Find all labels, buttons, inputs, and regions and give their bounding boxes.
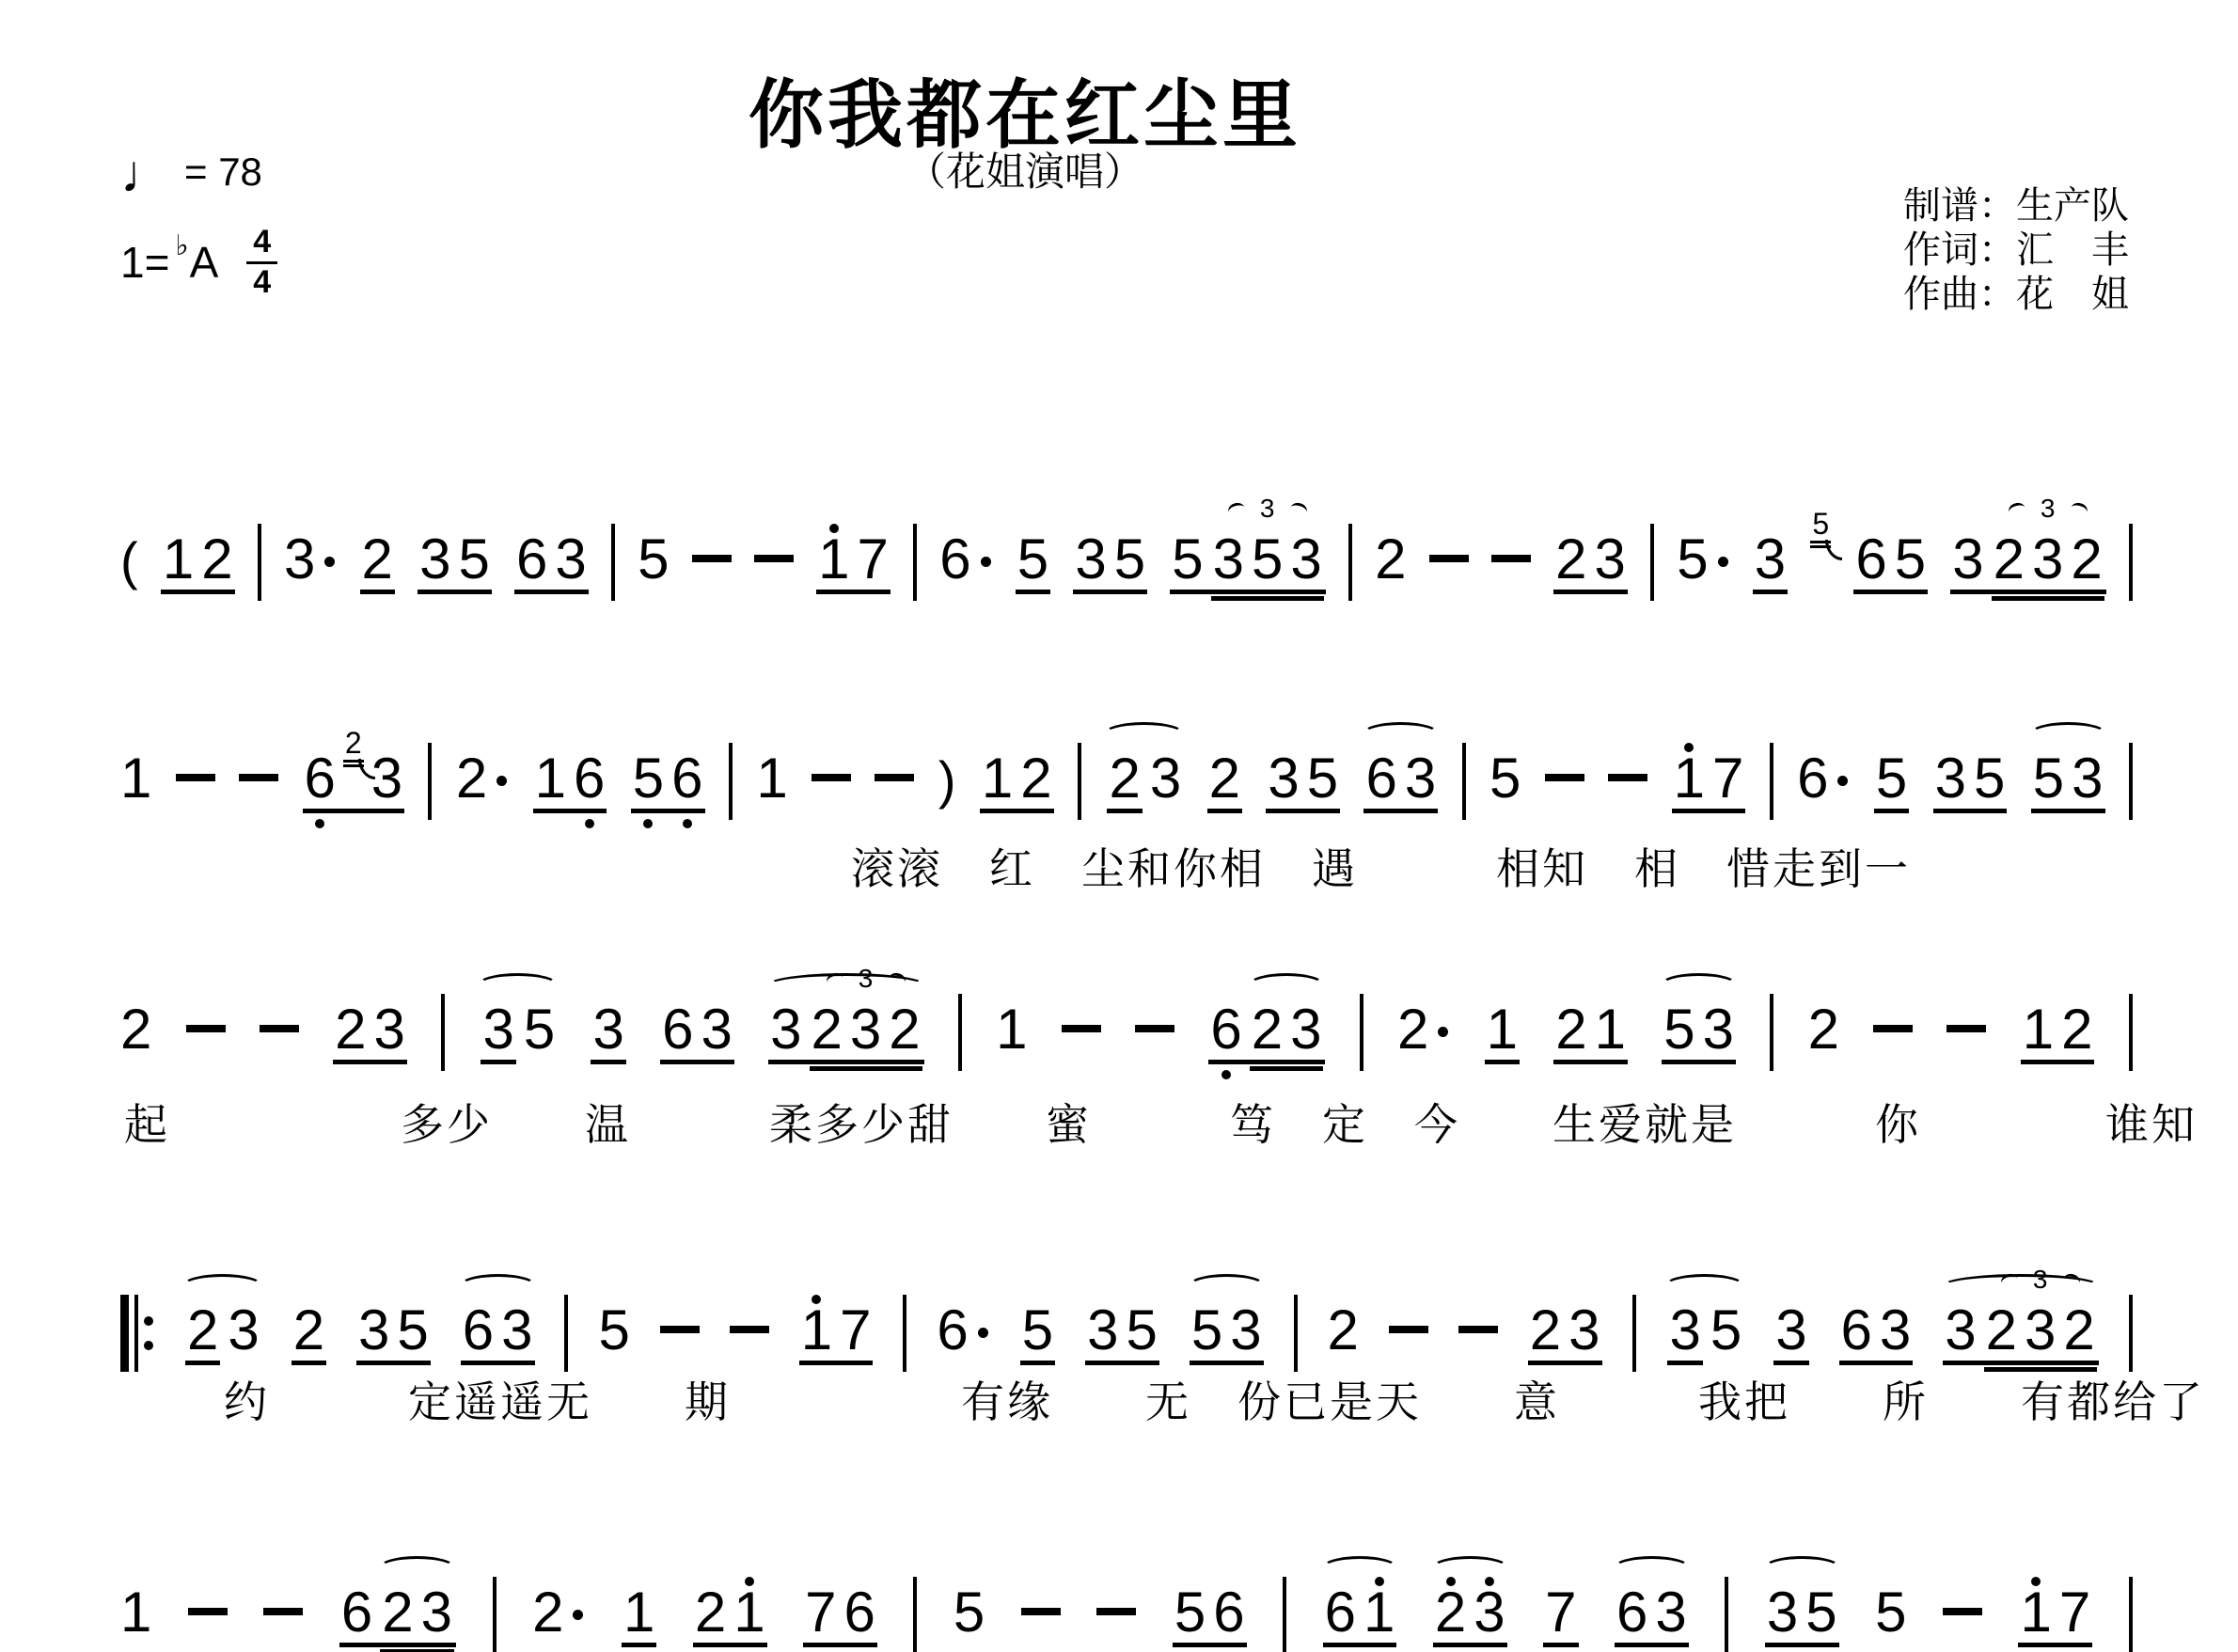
tempo-marking: ♩ = 78 bbox=[120, 141, 262, 202]
sustain-dash bbox=[754, 555, 794, 562]
augmentation-dot bbox=[496, 776, 507, 786]
slur-arc bbox=[1188, 1274, 1266, 1298]
slur-arc bbox=[1103, 722, 1185, 747]
note: 3 bbox=[1230, 1302, 1261, 1359]
note: 1 bbox=[623, 1584, 654, 1641]
beam-group: 5 bbox=[1020, 1302, 1055, 1359]
note: 5 bbox=[1974, 750, 2005, 807]
barline bbox=[1462, 743, 1466, 820]
note: 1 bbox=[1487, 1001, 1518, 1058]
note: 3 bbox=[1775, 1302, 1806, 1359]
credit-composer: 作曲：花 姐 bbox=[1903, 273, 2129, 317]
dotted-note: 2 bbox=[456, 750, 509, 807]
note: 3 bbox=[1075, 531, 1106, 588]
beam-group: 32323 bbox=[1943, 1302, 2099, 1359]
note: 6 bbox=[1325, 1584, 1356, 1641]
note: 3 bbox=[1703, 1001, 1734, 1058]
note: 5 bbox=[598, 1302, 629, 1359]
lyrics-line-2: 起 多少 温 柔多少甜 蜜 笃 定 今 生爱就是 你 谁知 bbox=[124, 1091, 2198, 1153]
dotted-note: 3 bbox=[284, 531, 337, 588]
beam-group: 7 bbox=[1543, 1584, 1578, 1641]
beam-group: 623 bbox=[303, 728, 405, 807]
beam-group: 35 bbox=[1085, 1302, 1159, 1359]
note: 3 bbox=[371, 750, 402, 807]
dotted-note: 6 bbox=[1797, 750, 1850, 807]
beam-group: 53 bbox=[1662, 1001, 1736, 1058]
note: 5 bbox=[1191, 1302, 1222, 1359]
note: 1 bbox=[1363, 1584, 1395, 1641]
note: 2 bbox=[812, 1001, 843, 1058]
note: 2 bbox=[1375, 531, 1406, 588]
note: 2 bbox=[1994, 531, 2025, 588]
sustain-dash bbox=[1062, 1025, 1101, 1032]
beam-group: 35 bbox=[1933, 750, 2008, 807]
sustain-dash bbox=[1429, 555, 1469, 562]
note: 3 bbox=[374, 1001, 405, 1058]
note: 2 bbox=[1252, 1001, 1283, 1058]
notation-line-3: 22335363323231623212153212 bbox=[120, 968, 2133, 1058]
sustain-dash bbox=[176, 774, 215, 781]
note: 2 bbox=[2071, 531, 2102, 588]
note: 5 bbox=[954, 1584, 985, 1641]
barline bbox=[1283, 1577, 1286, 1652]
sustain-dash bbox=[1873, 1025, 1913, 1032]
barline bbox=[1725, 1577, 1728, 1652]
note: 3 bbox=[555, 531, 586, 588]
note: 1 bbox=[1674, 750, 1705, 807]
slur-arc bbox=[1660, 973, 1738, 998]
beam-group: 2 bbox=[1107, 750, 1142, 807]
grace-note: 5 bbox=[1810, 509, 1831, 539]
note: 3 bbox=[421, 1584, 452, 1641]
beam-group: 2323 bbox=[1984, 1302, 2097, 1359]
note: 3 bbox=[228, 1302, 259, 1359]
quarter-note-icon: ♩ bbox=[120, 143, 173, 204]
triplet-mark: 3 bbox=[1211, 496, 1324, 522]
note: 3 bbox=[850, 1001, 881, 1058]
beam-group: 53533 bbox=[1170, 531, 1326, 588]
note: 2 bbox=[201, 531, 232, 588]
note: 5 bbox=[524, 1001, 555, 1058]
slur-arc bbox=[1321, 1556, 1399, 1581]
dotted-note: 5 bbox=[1677, 531, 1729, 588]
beam-group: 63 bbox=[1615, 1584, 1689, 1641]
note: 5 bbox=[1022, 1302, 1053, 1359]
note: 1 bbox=[535, 750, 566, 807]
beam-group: 623 bbox=[1208, 1001, 1325, 1058]
sustain-dash bbox=[186, 1025, 226, 1032]
note: 3 bbox=[1935, 750, 1966, 807]
barline bbox=[729, 743, 733, 820]
note: 6 bbox=[463, 1302, 494, 1359]
note: 1 bbox=[120, 1584, 151, 1641]
note: 5 bbox=[1895, 531, 1926, 588]
barline bbox=[913, 1577, 917, 1652]
beam-group: 23 bbox=[183, 1302, 261, 1359]
beam-group: 16 bbox=[533, 750, 607, 807]
slur-arc bbox=[1663, 1274, 1745, 1298]
beam-group: 56 bbox=[1173, 1584, 1247, 1641]
time-signature: 4 4 bbox=[246, 226, 277, 299]
note: 1 bbox=[2023, 1001, 2054, 1058]
beam-group: 35 bbox=[479, 1001, 557, 1058]
note: 7 bbox=[2059, 1584, 2090, 1641]
note: 3 bbox=[2072, 750, 2103, 807]
barline bbox=[2129, 994, 2133, 1071]
sustain-dash bbox=[1943, 1608, 1982, 1615]
barline bbox=[2129, 524, 2133, 601]
beam-group: 1 bbox=[622, 1584, 656, 1641]
note: 5 bbox=[1252, 531, 1283, 588]
beam-group: 3 bbox=[1773, 1302, 1808, 1359]
sustain-dash bbox=[1135, 1025, 1174, 1032]
note: 2 bbox=[1555, 531, 1586, 588]
time-signature-numerator: 4 bbox=[246, 226, 277, 264]
beam-group: 5 bbox=[1874, 750, 1909, 807]
beam-group: 63 bbox=[1839, 1302, 1914, 1359]
note: 3 bbox=[1474, 1584, 1505, 1641]
lyrics-line-1: 滚滚 红 尘和你相 遇 相知 相 惜走到一 bbox=[851, 835, 1911, 897]
slur-arc bbox=[1763, 1556, 1841, 1581]
barline bbox=[1348, 524, 1352, 601]
lyrics-line-3: 约 定遥遥无 期 有缘 无 份已是天 意 我把 所 有都给了 bbox=[224, 1368, 2205, 1430]
note: 3 bbox=[1755, 531, 1786, 588]
note: 6 bbox=[844, 1584, 875, 1641]
note: 2 bbox=[187, 1302, 218, 1359]
note: 3 bbox=[1945, 1302, 1976, 1359]
note: 1 bbox=[120, 750, 151, 807]
beam-group: 623 bbox=[339, 1584, 456, 1641]
note: 5 bbox=[1489, 750, 1521, 807]
beam-group: 2 bbox=[360, 531, 395, 588]
beam-group: 2 bbox=[185, 1302, 220, 1359]
augmentation-dot bbox=[573, 1610, 583, 1620]
note: 3 bbox=[1087, 1302, 1118, 1359]
note: 3 bbox=[1290, 531, 1321, 588]
page-subtitle: （花姐演唱） bbox=[0, 141, 2050, 197]
note: 6 bbox=[1210, 1001, 1241, 1058]
beam-group: 21 bbox=[1553, 1001, 1628, 1058]
beam-group: 21 bbox=[693, 1584, 767, 1641]
beam-group: 32323 bbox=[1950, 531, 2106, 588]
slur-arc bbox=[1613, 1556, 1691, 1581]
note: 6 bbox=[574, 750, 605, 807]
barline bbox=[493, 1577, 496, 1652]
beam-group: 17 bbox=[1672, 750, 1746, 807]
beam-group: 23 bbox=[1528, 1302, 1602, 1359]
note: 2 bbox=[889, 1001, 920, 1058]
note: 5 bbox=[1126, 1302, 1157, 1359]
note: 2 bbox=[1808, 1001, 1839, 1058]
note: 2 bbox=[382, 1584, 413, 1641]
note: 2 bbox=[1986, 1302, 2017, 1359]
slur-arc bbox=[378, 1556, 456, 1581]
note: 2 bbox=[1397, 1001, 1428, 1058]
note: 6 bbox=[1855, 531, 1886, 588]
tempo-value: = 78 bbox=[184, 149, 262, 195]
note: 3 bbox=[2032, 531, 2063, 588]
notation-line-5: 1623212176556612376335517 bbox=[120, 1550, 2133, 1641]
note: 3 bbox=[482, 1001, 513, 1058]
key-tonic: A bbox=[190, 237, 219, 288]
note: 2 bbox=[362, 531, 393, 588]
notation-line-2: 1623216561)122323563517653553 bbox=[120, 716, 2133, 807]
sheet-music-page: 你我都在红尘里 （花姐演唱） ♩ = 78 制谱：生产队 作词：汇 丰 作曲：花… bbox=[0, 0, 2238, 1652]
sustain-dash bbox=[1608, 774, 1647, 781]
sustain-dash bbox=[1096, 1608, 1136, 1615]
beam-group: 23 bbox=[1250, 1001, 1324, 1058]
note: 1 bbox=[163, 531, 194, 588]
note: 3 bbox=[1767, 1584, 1798, 1641]
note: 5 bbox=[1114, 531, 1145, 588]
note: 2 bbox=[1555, 1001, 1586, 1058]
slur-arc bbox=[1431, 1556, 1509, 1581]
note: 1 bbox=[801, 1302, 832, 1359]
note: 3 bbox=[501, 1302, 532, 1359]
slur-arc bbox=[1362, 722, 1440, 747]
barline bbox=[958, 994, 962, 1071]
barline bbox=[1770, 743, 1773, 820]
barline bbox=[428, 743, 432, 820]
augmentation-dot bbox=[1438, 1027, 1448, 1037]
note: 6 bbox=[1841, 1302, 1872, 1359]
note: 6 bbox=[1616, 1584, 1647, 1641]
notation-line-4: 23235635176535532233536332323 bbox=[120, 1268, 2133, 1359]
dotted-note: 2 bbox=[532, 1584, 585, 1641]
beam-group: 35 bbox=[356, 1302, 431, 1359]
beam-group: 3 bbox=[591, 1001, 625, 1058]
grace-note: 2 bbox=[343, 728, 364, 758]
beam-group: 17 bbox=[2018, 1584, 2092, 1641]
sustain-dash bbox=[239, 774, 278, 781]
beam-group: 2323 bbox=[1992, 531, 2104, 588]
repeat-thick-bar bbox=[120, 1295, 129, 1372]
note: 3 bbox=[2025, 1302, 2056, 1359]
note: 5 bbox=[458, 531, 489, 588]
dotted-note: 2 bbox=[1397, 1001, 1450, 1058]
augmentation-dot bbox=[978, 1328, 988, 1338]
sustain-dash bbox=[1946, 1025, 1986, 1032]
note: 2 bbox=[1328, 1302, 1359, 1359]
key-signature: 1= ♭ A 4 4 bbox=[120, 226, 277, 299]
note: 1 bbox=[756, 750, 787, 807]
beam-group: 1 bbox=[1485, 1001, 1520, 1058]
note: 7 bbox=[840, 1302, 871, 1359]
augmentation-dot bbox=[1837, 776, 1848, 786]
barline bbox=[1360, 994, 1363, 1071]
note: 2 bbox=[456, 750, 487, 807]
paren: ( bbox=[120, 535, 138, 588]
note: 1 bbox=[733, 1584, 764, 1641]
grace-tail bbox=[1825, 540, 1842, 560]
sustain-dash bbox=[260, 1025, 299, 1032]
slur-arc bbox=[1941, 1274, 2101, 1298]
sustain-dash bbox=[188, 1608, 228, 1615]
repeat-thin-bar bbox=[134, 1295, 138, 1372]
note: 3 bbox=[419, 531, 450, 588]
beam-group: 3533 bbox=[1211, 531, 1324, 588]
note: 7 bbox=[857, 531, 888, 588]
note: 7 bbox=[1545, 1584, 1576, 1641]
flat-icon: ♭ bbox=[175, 229, 188, 262]
barline bbox=[1770, 994, 1773, 1071]
triplet-mark: 3 bbox=[1992, 496, 2104, 522]
note: 2 bbox=[120, 1001, 151, 1058]
note: 2 bbox=[293, 1302, 324, 1359]
paren: ) bbox=[938, 754, 956, 807]
note: 6 bbox=[671, 750, 702, 807]
credit-lyricist: 作词：汇 丰 bbox=[1903, 228, 2129, 273]
note: 3 bbox=[1594, 531, 1625, 588]
note: 3 bbox=[1268, 750, 1299, 807]
beam-group: 56 bbox=[631, 750, 705, 807]
beam-group: 23 bbox=[1553, 531, 1628, 588]
note: 2 bbox=[2061, 1001, 2092, 1058]
note: 2 bbox=[1109, 750, 1140, 807]
note: 5 bbox=[1172, 531, 1203, 588]
sustain-dash bbox=[1389, 1326, 1428, 1333]
beam-group: 12 bbox=[980, 750, 1054, 807]
slur-arc bbox=[477, 973, 559, 998]
note: 5 bbox=[1017, 531, 1048, 588]
note: 3 bbox=[1669, 1302, 1700, 1359]
note: 2 bbox=[1435, 1584, 1466, 1641]
dotted-note: 6 bbox=[939, 531, 992, 588]
sustain-dash bbox=[660, 1326, 700, 1333]
barline bbox=[1632, 1295, 1636, 1372]
note: 3 bbox=[284, 531, 315, 588]
beam-group: 63 bbox=[1363, 750, 1438, 807]
note: 6 bbox=[662, 1001, 693, 1058]
note: 3 bbox=[1655, 1584, 1686, 1641]
slur-arc bbox=[2029, 722, 2107, 747]
note: 5 bbox=[633, 750, 664, 807]
note: 7 bbox=[1712, 750, 1743, 807]
beam-group: 12 bbox=[161, 531, 235, 588]
barline bbox=[903, 1295, 906, 1372]
slur-arc bbox=[181, 1274, 263, 1298]
note: 3 bbox=[1880, 1302, 1911, 1359]
note: 2 bbox=[1530, 1302, 1561, 1359]
barline bbox=[1650, 524, 1654, 601]
beam-group: 61 bbox=[1323, 1584, 1397, 1641]
beam-group: 53 bbox=[2031, 750, 2105, 807]
note: 6 bbox=[1365, 750, 1396, 807]
note: 3 bbox=[1952, 531, 1983, 588]
note: 5 bbox=[397, 1302, 428, 1359]
note: 5 bbox=[1875, 1584, 1906, 1641]
beam-group: 65 bbox=[1853, 531, 1928, 588]
note: 7 bbox=[805, 1584, 836, 1641]
note: 2 bbox=[2063, 1302, 2094, 1359]
note: 3 bbox=[770, 1001, 801, 1058]
barline bbox=[611, 524, 615, 601]
note: 3 bbox=[1405, 750, 1436, 807]
augmentation-dot bbox=[1718, 557, 1728, 567]
beam-group: 63 bbox=[660, 1001, 734, 1058]
note: 6 bbox=[939, 531, 970, 588]
note: 3 bbox=[1213, 531, 1244, 588]
slur-arc bbox=[459, 1274, 537, 1298]
sustain-dash bbox=[812, 774, 851, 781]
beam-group: 23 bbox=[380, 1584, 454, 1641]
barline bbox=[1078, 743, 1081, 820]
note: 6 bbox=[1213, 1584, 1244, 1641]
slur-arc bbox=[766, 973, 926, 998]
sustain-dash bbox=[1545, 774, 1584, 781]
beam-group: 35 bbox=[1765, 1584, 1839, 1641]
note: 3 bbox=[592, 1001, 623, 1058]
beam-group: 32323 bbox=[768, 1001, 924, 1058]
credit-notation: 制谱：生产队 bbox=[1903, 184, 2129, 228]
sustain-dash bbox=[692, 555, 732, 562]
note: 3 bbox=[358, 1302, 389, 1359]
note: 5 bbox=[638, 531, 669, 588]
note: 2 bbox=[335, 1001, 366, 1058]
time-signature-denominator: 4 bbox=[253, 264, 271, 300]
beam-group: 63 bbox=[461, 1302, 535, 1359]
beam-group: 2 bbox=[292, 1302, 326, 1359]
note: 3 bbox=[1290, 1001, 1321, 1058]
slur-arc bbox=[1248, 973, 1326, 998]
note: 6 bbox=[516, 531, 547, 588]
note: 3 bbox=[1568, 1302, 1600, 1359]
beam-group: 17 bbox=[799, 1302, 874, 1359]
barline bbox=[1294, 1295, 1298, 1372]
barline bbox=[913, 524, 917, 601]
note: 5 bbox=[1174, 1584, 1206, 1641]
barline bbox=[2129, 1295, 2133, 1372]
note: 3 bbox=[1150, 750, 1181, 807]
sustain-dash bbox=[1491, 555, 1531, 562]
beam-group: 3 bbox=[1753, 531, 1788, 588]
note: 1 bbox=[1595, 1001, 1626, 1058]
beam-group: 23 bbox=[333, 1001, 407, 1058]
beam-group: 2323 bbox=[810, 1001, 922, 1058]
beam-group: 17 bbox=[816, 531, 890, 588]
sustain-dash bbox=[730, 1326, 769, 1333]
note: 2 bbox=[1020, 750, 1051, 807]
beam-group: 63 bbox=[514, 531, 589, 588]
notation-line-1: (123235635176535535332235356532323 bbox=[120, 497, 2133, 588]
note: 6 bbox=[937, 1302, 968, 1359]
repeat-dots bbox=[144, 1295, 153, 1372]
note: 5 bbox=[1677, 531, 1708, 588]
beam-group: 23 bbox=[1105, 750, 1183, 807]
note: 5 bbox=[1307, 750, 1338, 807]
note: 6 bbox=[305, 750, 336, 807]
note: 1 bbox=[982, 750, 1013, 807]
note: 5 bbox=[1876, 750, 1907, 807]
note: 1 bbox=[2020, 1584, 2051, 1641]
beam-group: 12 bbox=[2021, 1001, 2095, 1058]
augmentation-dot bbox=[324, 557, 335, 567]
repeat-dot bbox=[144, 1341, 153, 1350]
note: 2 bbox=[1209, 750, 1240, 807]
beam-group: 35 bbox=[1073, 531, 1147, 588]
note: 1 bbox=[818, 531, 849, 588]
beam-group: 53 bbox=[1190, 1302, 1264, 1359]
sustain-dash bbox=[263, 1608, 303, 1615]
credits-block: 制谱：生产队 作词：汇 丰 作曲：花 姐 bbox=[1903, 184, 2129, 317]
note: 5 bbox=[2033, 750, 2064, 807]
note: 5 bbox=[1805, 1584, 1836, 1641]
beam-group: 35 bbox=[418, 531, 492, 588]
barline bbox=[2129, 743, 2133, 820]
note: 1 bbox=[996, 1001, 1027, 1058]
note: 5 bbox=[1710, 1302, 1742, 1359]
barline bbox=[441, 994, 445, 1071]
